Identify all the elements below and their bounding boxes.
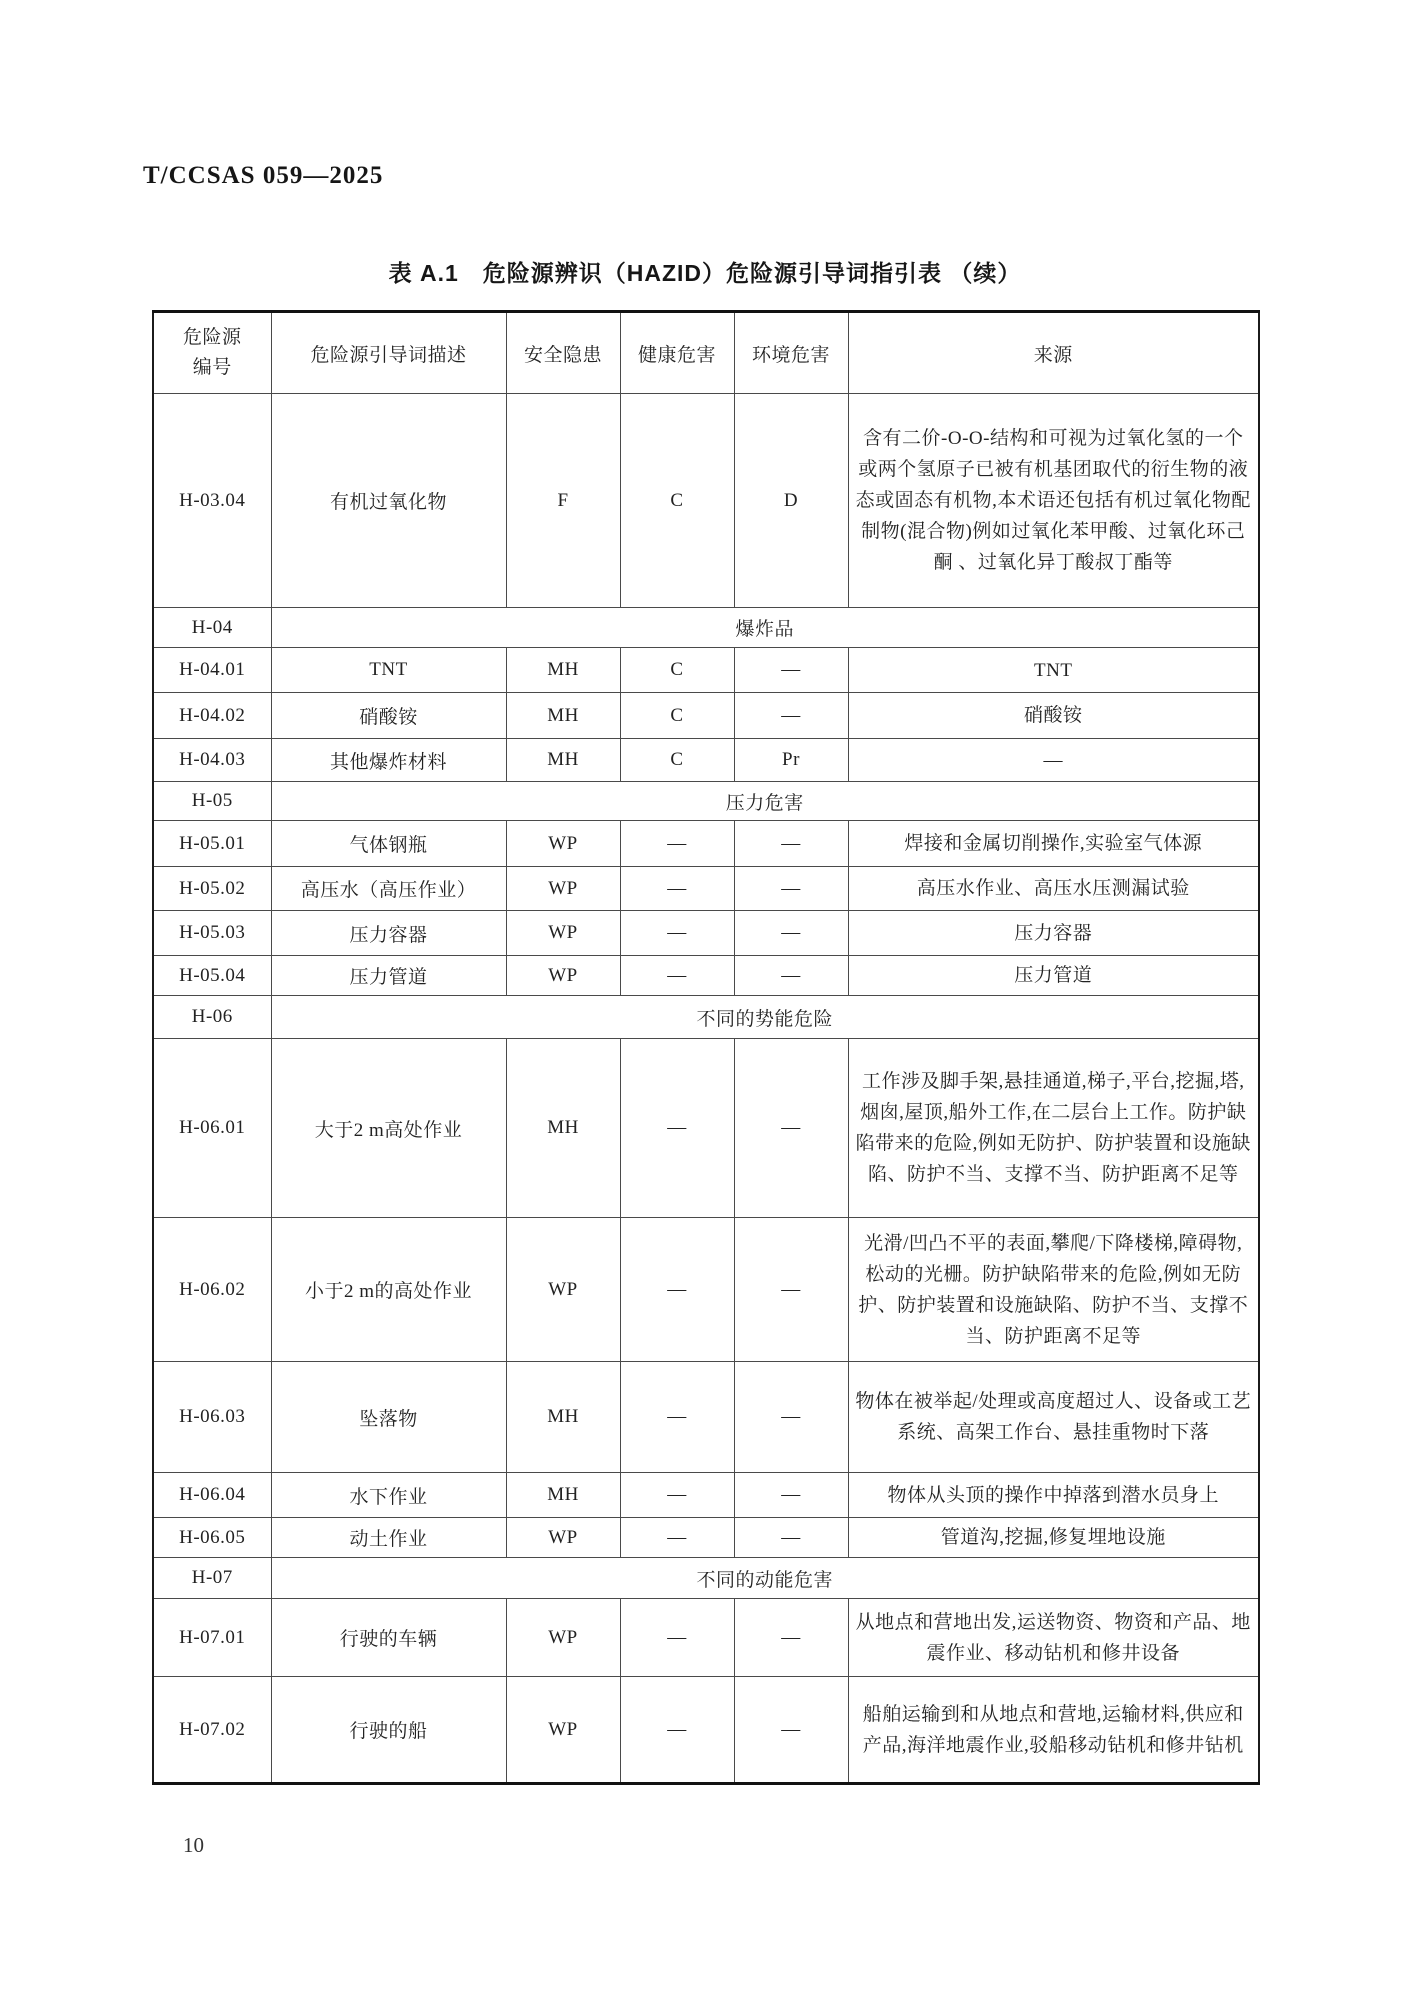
- table-row: H-04.03其他爆炸材料MHCPr—: [153, 739, 1259, 782]
- section-row: H-06不同的势能危险: [153, 996, 1259, 1039]
- safety-hazard-mark: MH: [506, 693, 620, 739]
- source-description: 工作涉及脚手架,悬挂通道,梯子,平台,挖掘,塔,烟囱,屋顶,船外工作,在二层台上…: [848, 1039, 1259, 1218]
- guide-word-description: 其他爆炸材料: [271, 739, 506, 782]
- table-row: H-05.03压力容器WP——压力容器: [153, 911, 1259, 956]
- guide-word-description: 高压水（高压作业）: [271, 867, 506, 911]
- safety-hazard-mark: MH: [506, 1039, 620, 1218]
- environment-hazard-mark: —: [734, 867, 848, 911]
- section-row: H-07不同的动能危害: [153, 1558, 1259, 1599]
- hazard-id: H-07: [153, 1558, 271, 1599]
- health-hazard-mark: —: [620, 1518, 734, 1558]
- guide-word-description: 动土作业: [271, 1518, 506, 1558]
- hazard-id: H-06.01: [153, 1039, 271, 1218]
- header-guide-word-description: 危险源引导词描述: [271, 312, 506, 394]
- header-health-hazard: 健康危害: [620, 312, 734, 394]
- source-description: 压力管道: [848, 956, 1259, 996]
- document-code: T/CCSAS 059—2025: [143, 162, 383, 190]
- source-description: 光滑/凹凸不平的表面,攀爬/下降楼梯,障碍物,松动的光栅。防护缺陷带来的危险,例…: [848, 1218, 1259, 1362]
- environment-hazard-mark: —: [734, 911, 848, 956]
- hazard-id: H-07.02: [153, 1677, 271, 1784]
- hazard-id: H-06.04: [153, 1473, 271, 1518]
- hazard-id: H-06.03: [153, 1362, 271, 1473]
- environment-hazard-mark: —: [734, 1218, 848, 1362]
- hazard-id: H-07.01: [153, 1599, 271, 1677]
- safety-hazard-mark: WP: [506, 956, 620, 996]
- health-hazard-mark: —: [620, 1677, 734, 1784]
- section-label: 压力危害: [271, 782, 1259, 821]
- source-description: 焊接和金属切削操作,实验室气体源: [848, 821, 1259, 867]
- hazard-id: H-05.04: [153, 956, 271, 996]
- hazard-id: H-03.04: [153, 394, 271, 608]
- hazard-id: H-04: [153, 608, 271, 648]
- environment-hazard-mark: —: [734, 1518, 848, 1558]
- table-row: H-06.01大于2 m高处作业MH——工作涉及脚手架,悬挂通道,梯子,平台,挖…: [153, 1039, 1259, 1218]
- health-hazard-mark: C: [620, 693, 734, 739]
- safety-hazard-mark: MH: [506, 1473, 620, 1518]
- table-row: H-06.03坠落物MH——物体在被举起/处理或高度超过人、设备或工艺系统、高架…: [153, 1362, 1259, 1473]
- table-row: H-06.05动土作业WP——管道沟,挖掘,修复埋地设施: [153, 1518, 1259, 1558]
- safety-hazard-mark: WP: [506, 1599, 620, 1677]
- source-description: —: [848, 739, 1259, 782]
- environment-hazard-mark: —: [734, 1362, 848, 1473]
- source-description: 硝酸铵: [848, 693, 1259, 739]
- health-hazard-mark: C: [620, 648, 734, 693]
- safety-hazard-mark: WP: [506, 821, 620, 867]
- table-row: H-05.01气体钢瓶WP——焊接和金属切削操作,实验室气体源: [153, 821, 1259, 867]
- table-row: H-07.02行驶的船WP——船舶运输到和从地点和营地,运输材料,供应和产品,海…: [153, 1677, 1259, 1784]
- health-hazard-mark: C: [620, 394, 734, 608]
- health-hazard-mark: —: [620, 1599, 734, 1677]
- table-row: H-03.04有机过氧化物FCD含有二价-O-O-结构和可视为过氧化氢的一个或两…: [153, 394, 1259, 608]
- environment-hazard-mark: —: [734, 648, 848, 693]
- safety-hazard-mark: F: [506, 394, 620, 608]
- health-hazard-mark: —: [620, 1039, 734, 1218]
- environment-hazard-mark: —: [734, 1677, 848, 1784]
- guide-word-description: 硝酸铵: [271, 693, 506, 739]
- safety-hazard-mark: WP: [506, 867, 620, 911]
- environment-hazard-mark: —: [734, 956, 848, 996]
- health-hazard-mark: —: [620, 1473, 734, 1518]
- table-header: 危险源 编号 危险源引导词描述 安全隐患 健康危害 环境危害 来源: [153, 312, 1259, 394]
- guide-word-description: TNT: [271, 648, 506, 693]
- header-safety-hazard: 安全隐患: [506, 312, 620, 394]
- hazard-id: H-05.03: [153, 911, 271, 956]
- safety-hazard-mark: MH: [506, 739, 620, 782]
- environment-hazard-mark: —: [734, 1599, 848, 1677]
- source-description: 物体在被举起/处理或高度超过人、设备或工艺系统、高架工作台、悬挂重物时下落: [848, 1362, 1259, 1473]
- guide-word-description: 水下作业: [271, 1473, 506, 1518]
- hazard-id: H-06.02: [153, 1218, 271, 1362]
- health-hazard-mark: —: [620, 1362, 734, 1473]
- guide-word-description: 大于2 m高处作业: [271, 1039, 506, 1218]
- guide-word-description: 压力容器: [271, 911, 506, 956]
- health-hazard-mark: C: [620, 739, 734, 782]
- hazid-table: 危险源 编号 危险源引导词描述 安全隐患 健康危害 环境危害 来源 H-03.0…: [152, 310, 1260, 1785]
- table-body: H-03.04有机过氧化物FCD含有二价-O-O-结构和可视为过氧化氢的一个或两…: [153, 394, 1259, 1784]
- safety-hazard-mark: WP: [506, 1518, 620, 1558]
- source-description: 从地点和营地出发,运送物资、物资和产品、地震作业、移动钻机和修井设备: [848, 1599, 1259, 1677]
- header-environment-hazard: 环境危害: [734, 312, 848, 394]
- health-hazard-mark: —: [620, 911, 734, 956]
- hazard-id: H-06: [153, 996, 271, 1039]
- guide-word-description: 小于2 m的高处作业: [271, 1218, 506, 1362]
- environment-hazard-mark: —: [734, 821, 848, 867]
- guide-word-description: 行驶的船: [271, 1677, 506, 1784]
- safety-hazard-mark: WP: [506, 1218, 620, 1362]
- guide-word-description: 坠落物: [271, 1362, 506, 1473]
- table-row: H-04.02硝酸铵MHC—硝酸铵: [153, 693, 1259, 739]
- section-label: 爆炸品: [271, 608, 1259, 648]
- header-source: 来源: [848, 312, 1259, 394]
- table-row: H-06.04水下作业MH——物体从头顶的操作中掉落到潜水员身上: [153, 1473, 1259, 1518]
- environment-hazard-mark: —: [734, 693, 848, 739]
- source-description: 压力容器: [848, 911, 1259, 956]
- safety-hazard-mark: WP: [506, 1677, 620, 1784]
- document-page: { "page": { "doc_code": "T/CCSAS 059—202…: [0, 0, 1414, 2000]
- hazard-id: H-05.01: [153, 821, 271, 867]
- environment-hazard-mark: Pr: [734, 739, 848, 782]
- table-row: H-05.02高压水（高压作业）WP——高压水作业、高压水压测漏试验: [153, 867, 1259, 911]
- health-hazard-mark: —: [620, 956, 734, 996]
- table-row: H-07.01行驶的车辆WP——从地点和营地出发,运送物资、物资和产品、地震作业…: [153, 1599, 1259, 1677]
- hazard-id: H-05.02: [153, 867, 271, 911]
- source-description: 船舶运输到和从地点和营地,运输材料,供应和产品,海洋地震作业,驳船移动钻机和修井…: [848, 1677, 1259, 1784]
- hazard-id: H-04.01: [153, 648, 271, 693]
- section-row: H-04爆炸品: [153, 608, 1259, 648]
- section-row: H-05压力危害: [153, 782, 1259, 821]
- source-description: TNT: [848, 648, 1259, 693]
- section-label: 不同的动能危害: [271, 1558, 1259, 1599]
- environment-hazard-mark: —: [734, 1473, 848, 1518]
- environment-hazard-mark: —: [734, 1039, 848, 1218]
- environment-hazard-mark: D: [734, 394, 848, 608]
- table-row: H-05.04压力管道WP——压力管道: [153, 956, 1259, 996]
- safety-hazard-mark: MH: [506, 1362, 620, 1473]
- header-hazard-id: 危险源 编号: [153, 312, 271, 394]
- table-row: H-06.02小于2 m的高处作业WP——光滑/凹凸不平的表面,攀爬/下降楼梯,…: [153, 1218, 1259, 1362]
- guide-word-description: 行驶的车辆: [271, 1599, 506, 1677]
- source-description: 高压水作业、高压水压测漏试验: [848, 867, 1259, 911]
- safety-hazard-mark: MH: [506, 648, 620, 693]
- guide-word-description: 气体钢瓶: [271, 821, 506, 867]
- safety-hazard-mark: WP: [506, 911, 620, 956]
- health-hazard-mark: —: [620, 1218, 734, 1362]
- guide-word-description: 有机过氧化物: [271, 394, 506, 608]
- guide-word-description: 压力管道: [271, 956, 506, 996]
- source-description: 物体从头顶的操作中掉落到潜水员身上: [848, 1473, 1259, 1518]
- health-hazard-mark: —: [620, 821, 734, 867]
- hazard-id: H-04.03: [153, 739, 271, 782]
- table-title: 表 A.1 危险源辨识（HAZID）危险源引导词指引表 （续）: [152, 255, 1258, 288]
- table-row: H-04.01TNTMHC—TNT: [153, 648, 1259, 693]
- header-row: 危险源 编号 危险源引导词描述 安全隐患 健康危害 环境危害 来源: [153, 312, 1259, 394]
- page-number: 10: [183, 1833, 204, 1858]
- source-description: 含有二价-O-O-结构和可视为过氧化氢的一个或两个氢原子已被有机基团取代的衍生物…: [848, 394, 1259, 608]
- source-description: 管道沟,挖掘,修复埋地设施: [848, 1518, 1259, 1558]
- hazard-id: H-04.02: [153, 693, 271, 739]
- hazard-id: H-06.05: [153, 1518, 271, 1558]
- section-label: 不同的势能危险: [271, 996, 1259, 1039]
- health-hazard-mark: —: [620, 867, 734, 911]
- hazard-id: H-05: [153, 782, 271, 821]
